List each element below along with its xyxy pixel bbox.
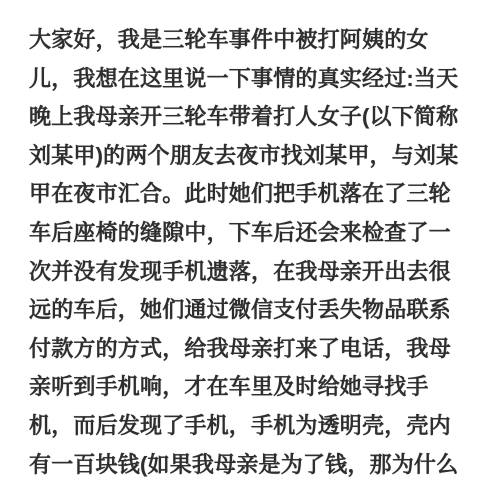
text-line: 有一百块钱(如果我母亲是为了钱，那为什么 [29,446,466,480]
text-line: 儿，我想在这里说一下事情的真实经过:当天 [29,60,466,99]
text-line: 车后座椅的缝隙中，下车后还会来检查了一 [29,214,466,253]
text-line: 晚上我母亲开三轮车带着打人女子(以下简称 [29,98,466,137]
text-line: 付款方的方式，给我母亲打来了电话，我母 [29,330,466,369]
text-line: 亲听到手机响，才在车里及时给她寻找手 [29,368,466,407]
text-line: 次并没有发现手机遗落，在我母亲开出去很 [29,253,466,292]
text-line: 甲在夜市汇合。此时她们把手机落在了三轮 [29,175,466,214]
statement-document: 大家好，我是三轮车事件中被打阿姨的女 儿，我想在这里说一下事情的真实经过:当天 … [0,0,480,480]
text-line: 刘某甲)的两个朋友去夜市找刘某甲，与刘某 [29,137,466,176]
text-line: 远的车后，她们通过微信支付丢失物品联系 [29,291,466,330]
text-line: 机，而后发现了手机，手机为透明壳，壳内 [29,407,466,446]
text-line: 大家好，我是三轮车事件中被打阿姨的女 [29,21,466,60]
